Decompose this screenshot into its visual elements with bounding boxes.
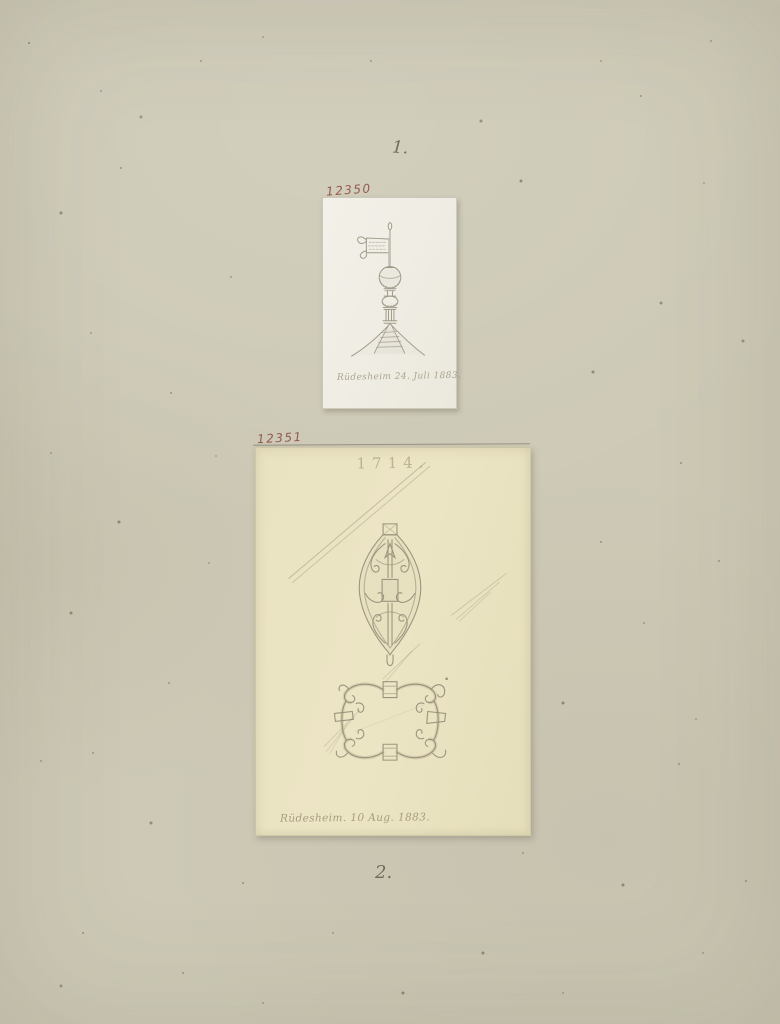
figure1-inventory-number: 12350 [326,181,373,198]
figure1-index-label: 1. [391,137,409,158]
figure1-sketch-card: Rüdesheim 24. Juli 1883. [322,197,457,409]
figure2-index-label: 2. [375,862,392,883]
album-page: 1. 12350 [0,0,780,1024]
ironwork-ornaments-sketch [256,448,530,835]
figure2-caption: Rüdesheim. 10 Aug. 1883. [280,811,430,824]
figure2-inventory-number: 12351 [257,430,303,446]
figure1-caption: Rüdesheim 24. Juli 1883. [337,371,445,383]
figure2-sketch-sheet: 1714. [255,447,531,836]
